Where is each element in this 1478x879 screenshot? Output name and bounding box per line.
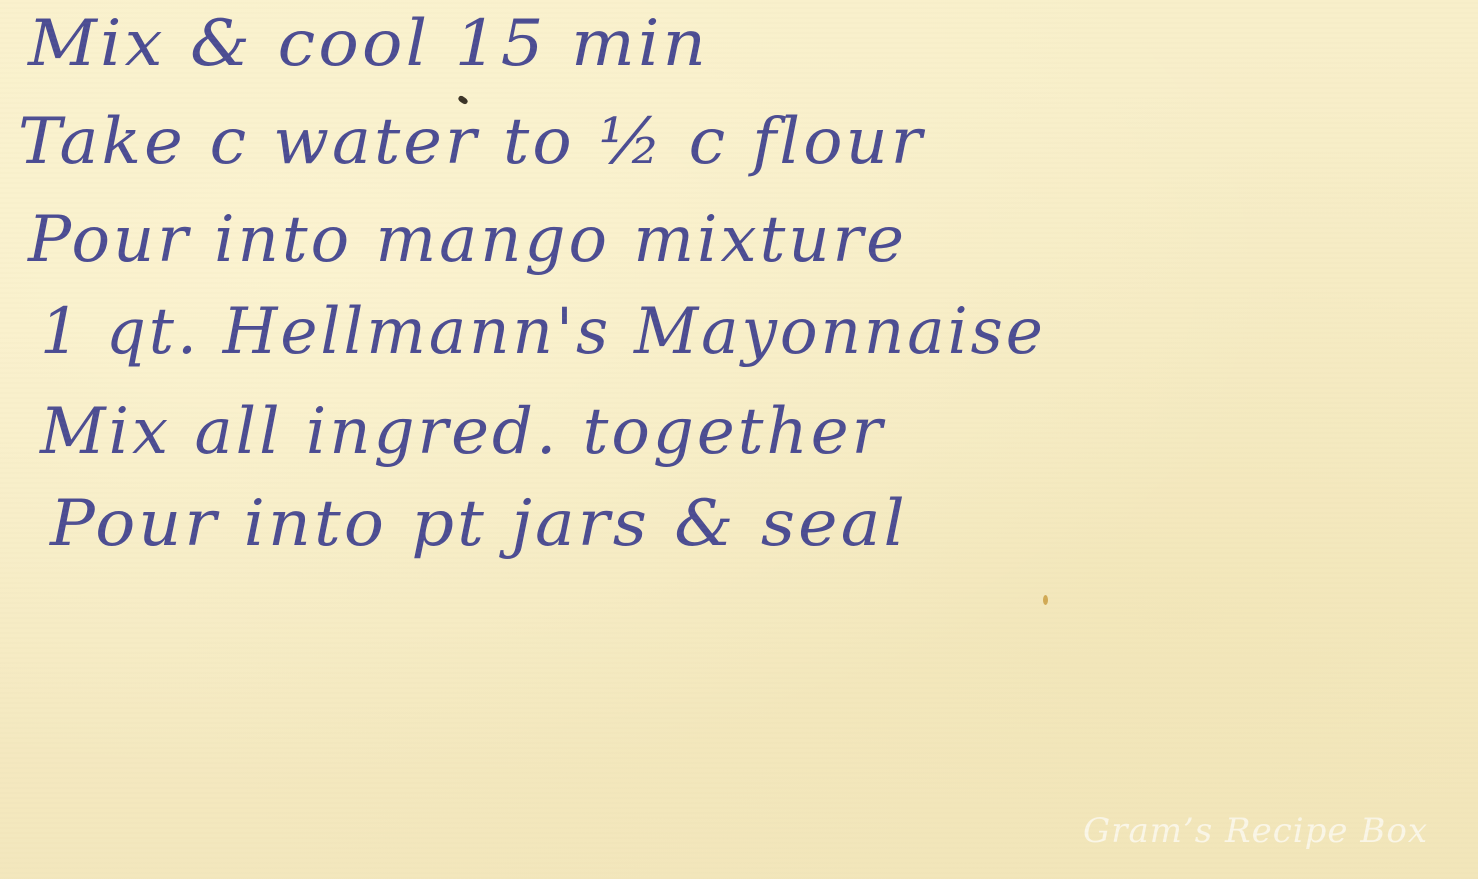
recipe-line-4: 1 qt. Hellmann's Mayonnaise <box>40 300 1046 364</box>
recipe-line-1: Mix & cool 15 min <box>28 12 709 76</box>
paper-speck <box>457 95 469 106</box>
recipe-line-2: Take c water to ½ c flour <box>18 110 925 174</box>
recipe-line-3: Pour into mango mixture <box>28 208 907 272</box>
recipe-line-6: Pour into pt jars & seal <box>50 492 908 556</box>
paper-stain <box>1043 595 1048 605</box>
recipe-card: Mix & cool 15 min Take c water to ½ c fl… <box>0 0 1478 879</box>
watermark: Gram’s Recipe Box <box>1083 811 1428 851</box>
recipe-line-5: Mix all ingred. together <box>40 400 885 464</box>
